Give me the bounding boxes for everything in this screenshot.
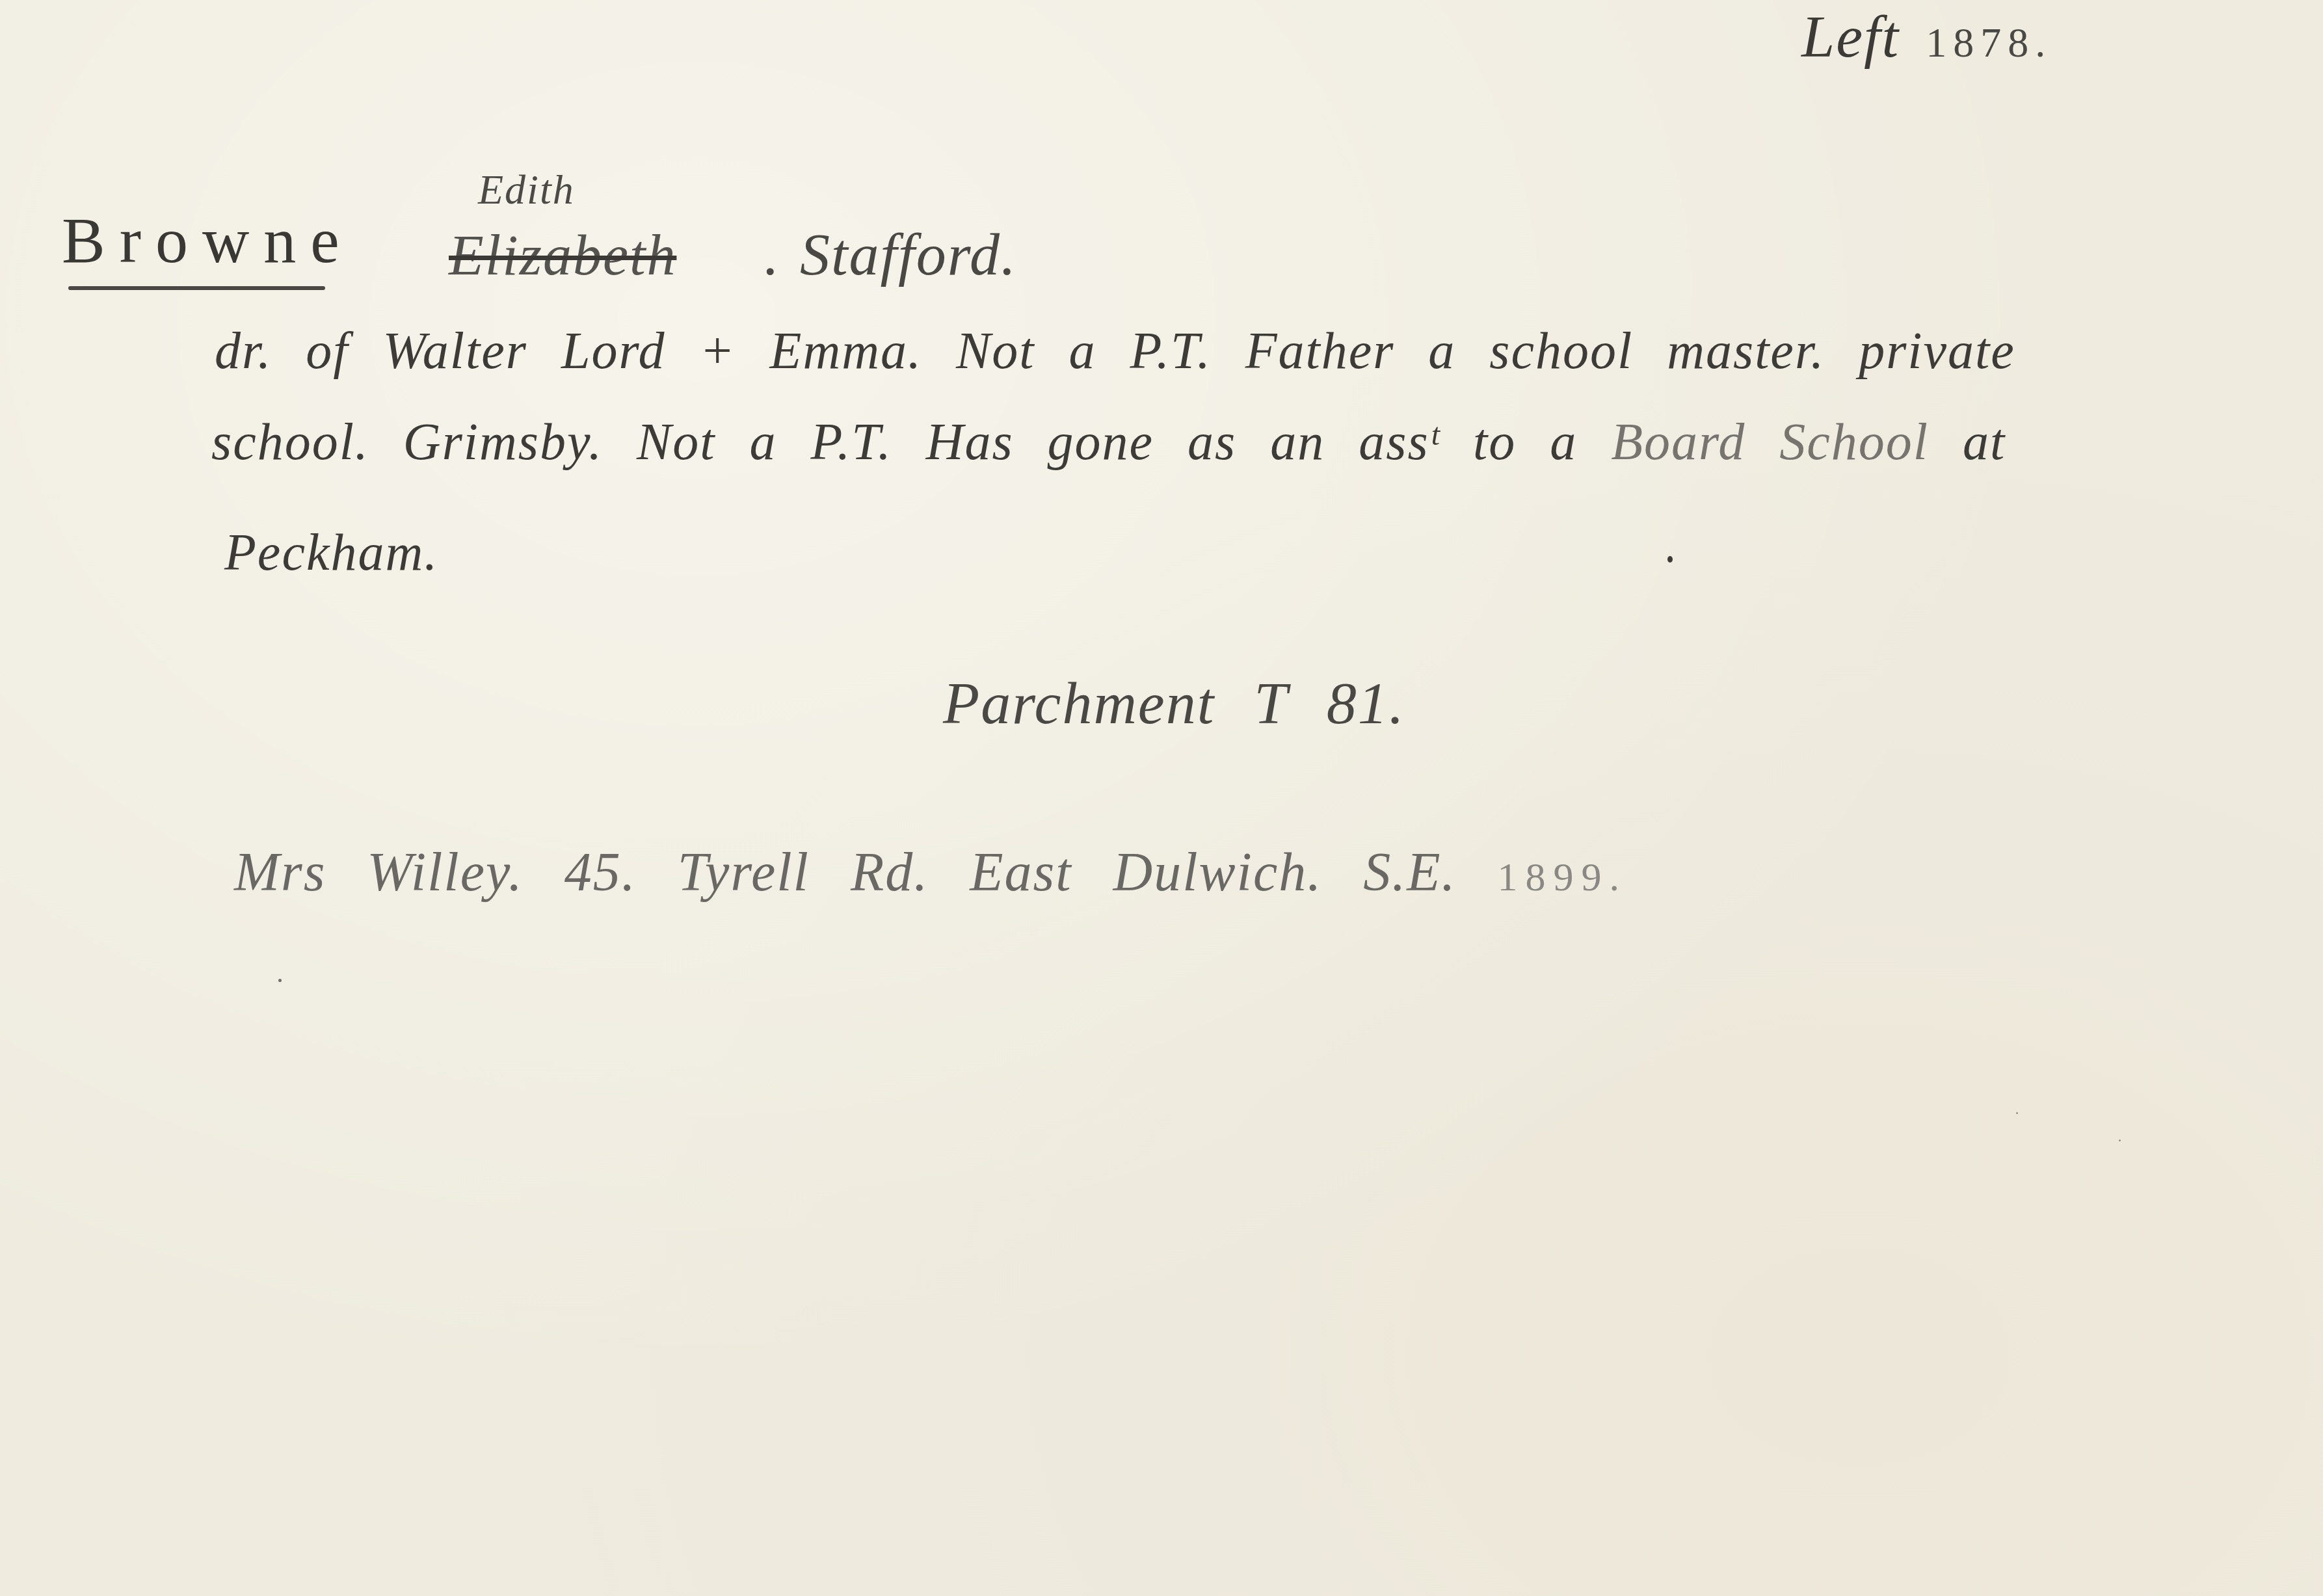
ink-speck [278,979,282,982]
ink-speck [2016,1112,2018,1114]
notes-line-1: dr. of Walter Lord + Emma. Not a P.T. Fa… [215,325,2015,377]
ink-speck [1667,556,1673,563]
place-separator: . [764,221,780,287]
notes-line-2-end: at [1929,414,2006,471]
birthplace: .Stafford. [764,224,1017,284]
address-text: Mrs Willey. 45. Tyrell Rd. East Dulwich.… [234,842,1457,903]
notes-line-2-faded: Board School [1611,414,1929,471]
struck-forename: Elizabeth [449,228,676,285]
register-page: Left1878. Browne Edith Elizabeth .Staffo… [0,0,2323,1596]
left-date-annotation: Left1878. [1801,7,2052,66]
later-address: Mrs Willey. 45. Tyrell Rd. East Dulwich.… [234,845,1627,900]
surname-underline [68,286,325,290]
place-name: Stafford. [800,221,1017,287]
parchment-reference: Parchment T 81. [943,673,1405,733]
notes-line-3: Peckham. [224,527,438,579]
left-label: Left [1801,3,1900,70]
surname: Browne [62,208,354,273]
ink-speck [2119,1139,2121,1141]
notes-line-2: school. Grimsby. Not a P.T. Has gone as … [211,416,2006,468]
inserted-forename: Edith [478,169,575,211]
address-year: 1899. [1498,855,1628,899]
left-year: 1878. [1926,20,2052,66]
notes-line-2-start: school. Grimsby. Not a P.T. Has gone as … [211,414,1611,471]
